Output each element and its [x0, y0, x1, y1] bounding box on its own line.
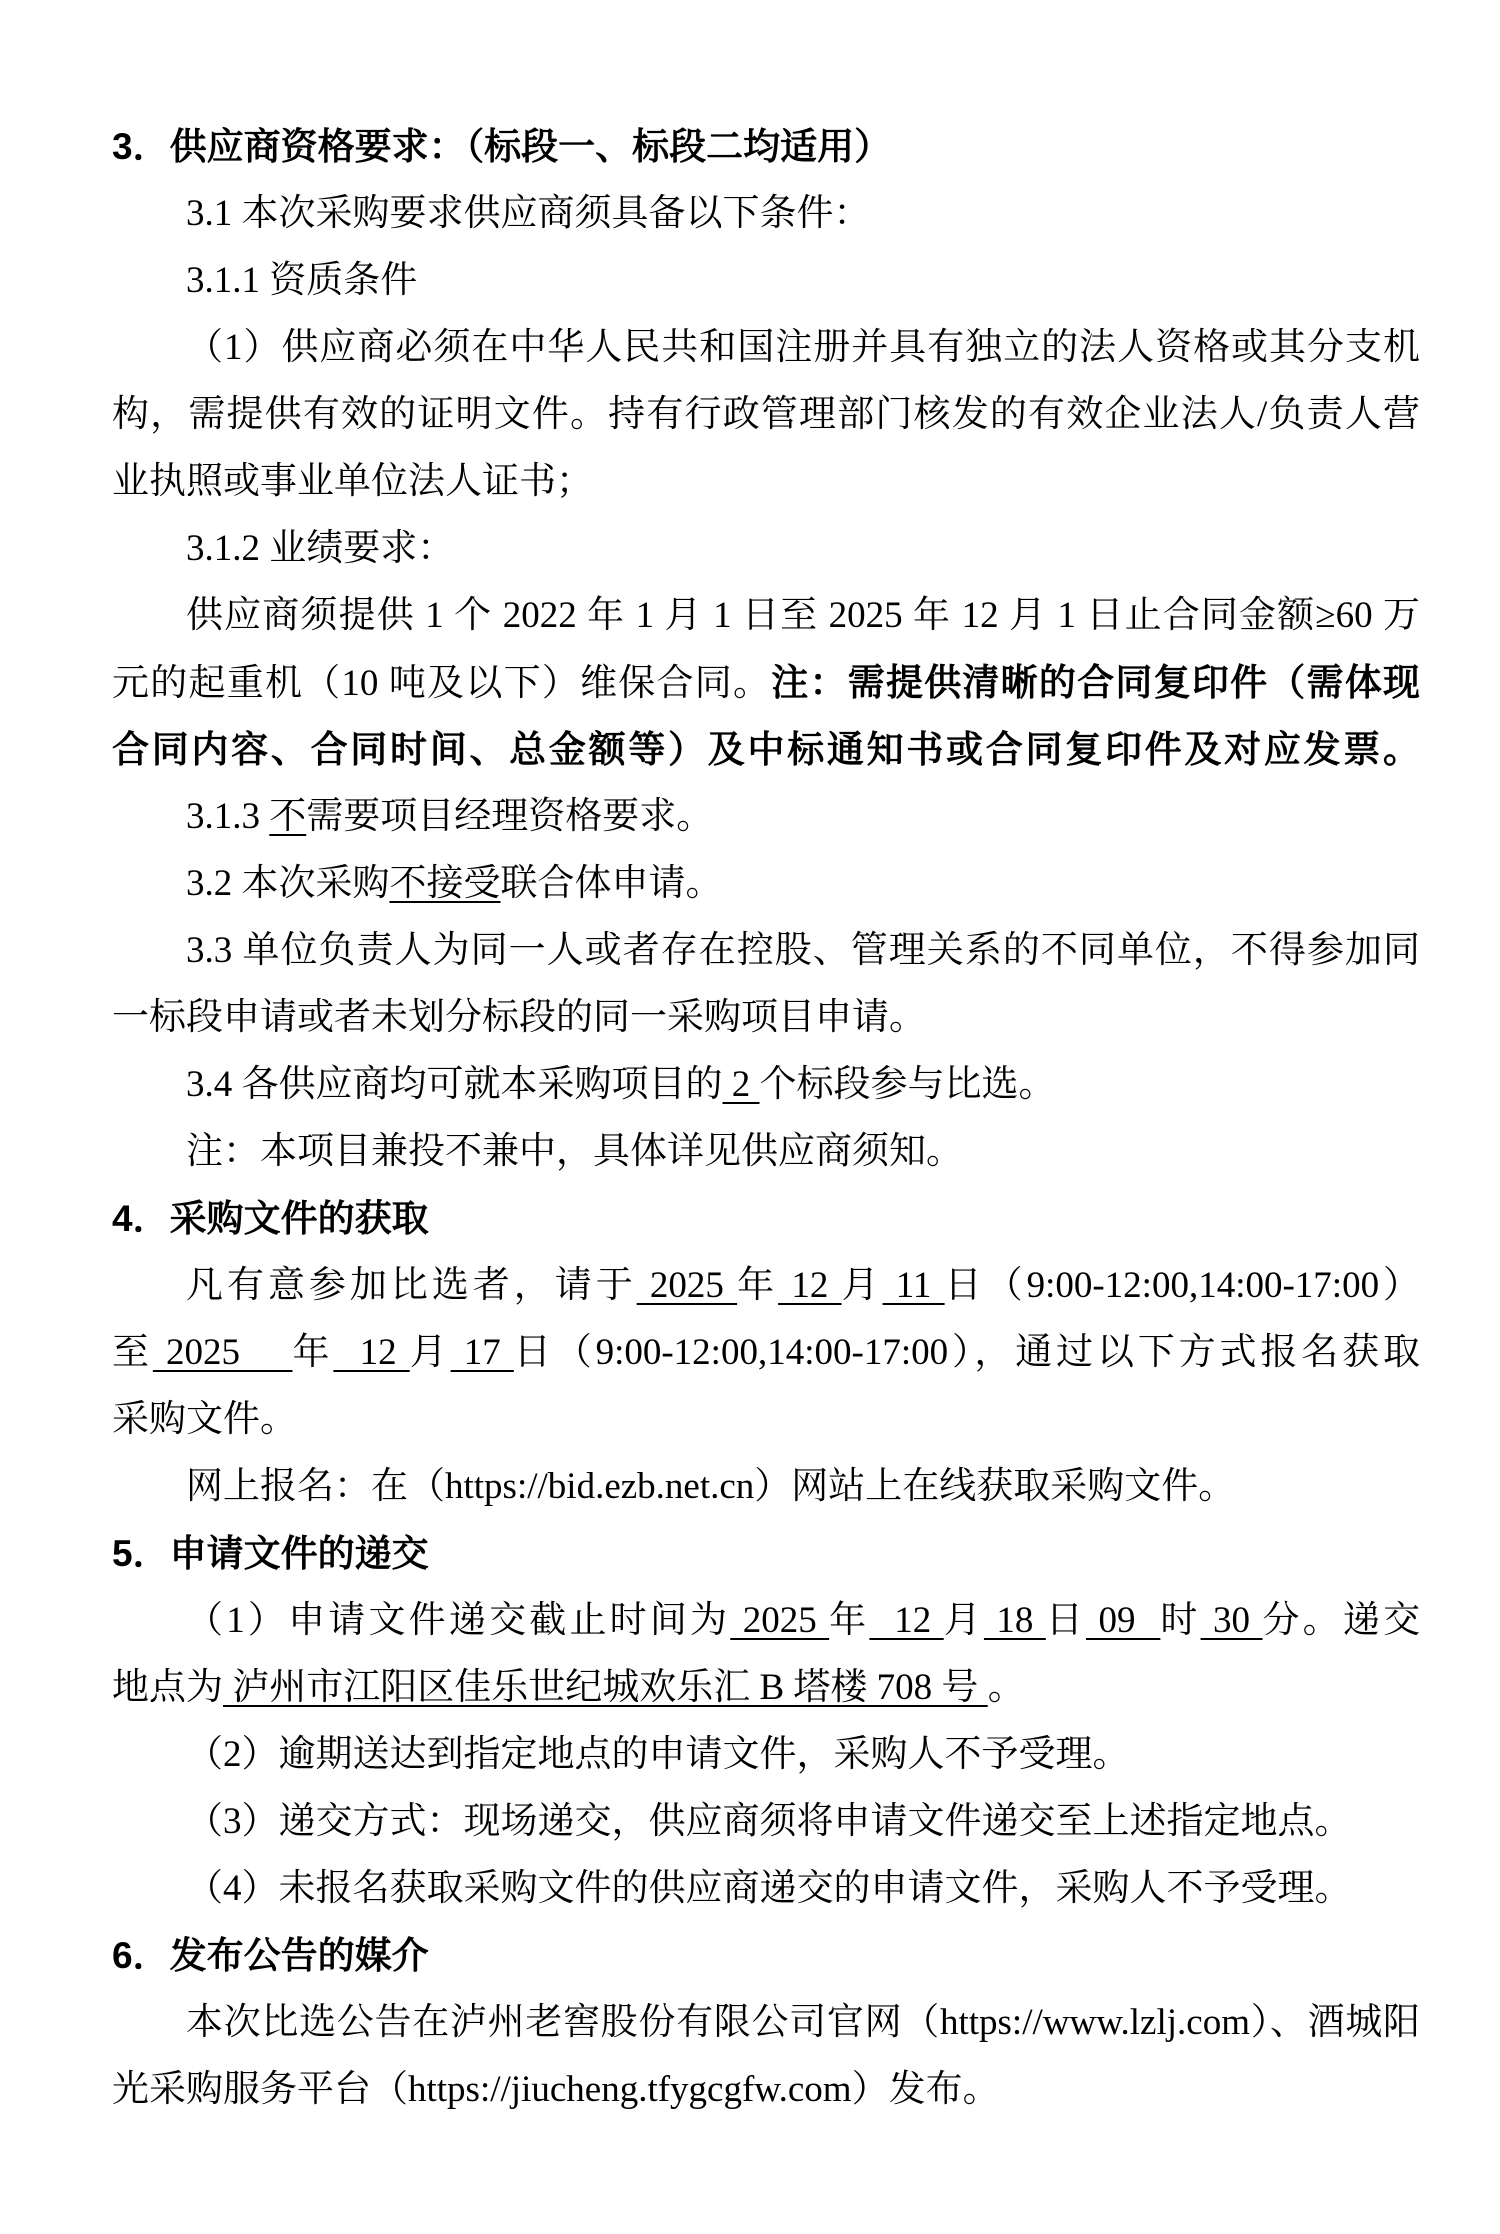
submission-deadline-line: （1）申请文件递交截止时间为 2025 年 12 月 18 日 09 时 30 … [112, 1587, 1420, 1654]
underlined-text: 2025 [153, 1332, 293, 1373]
underlined-text: 09 [1086, 1600, 1160, 1641]
clause-3-3-line-2: 一标段申请或者未划分标段的同一采购项目申请。 [112, 984, 1420, 1051]
heading-announcement-media: 6．发布公告的媒介 [112, 1922, 1420, 1989]
text-run: 日 [1046, 1600, 1086, 1641]
underlined-text: 17 [451, 1332, 514, 1373]
underlined-text: 不接受 [390, 863, 501, 904]
text-run: 4．采购文件的获取 [112, 1198, 429, 1239]
announcement-media-line-2: 光采购服务平台（https://jiucheng.tfygcgfw.com）发布… [112, 2056, 1420, 2123]
clause-3-1-1: 3.1.1 资质条件 [112, 247, 1420, 314]
submission-address-line: 地点为 泸州市江阳区佳乐世纪城欢乐汇 B 塔楼 708 号 。 [112, 1654, 1420, 1721]
note-line: 注：本项目兼投不兼中，具体详见供应商须知。 [112, 1118, 1420, 1185]
underlined-text: 12 [869, 1600, 943, 1641]
bold-text: 注：需提供清晰的合同复印件（需体现 [771, 662, 1420, 703]
clause-qualification-line-3: 业执照或事业单位法人证书； [112, 448, 1420, 515]
underlined-text: 11 [883, 1265, 945, 1306]
underlined-text: 2025 [637, 1265, 737, 1306]
text-run: 地点为 [112, 1667, 223, 1708]
underlined-text: 2 [723, 1064, 760, 1105]
clause-qualification-line-1: （1）供应商必须在中华人民共和国注册并具有独立的法人资格或其分支机 [112, 314, 1420, 381]
text-run: 月 [842, 1265, 883, 1306]
text-run: 需要项目经理资格要求。 [306, 796, 713, 837]
clause-3-1-2: 3.1.2 业绩要求： [112, 515, 1420, 582]
clause-qualification-line-2: 构，需提供有效的证明文件。持有行政管理部门核发的有效企业法人/负责人营 [112, 381, 1420, 448]
text-run: 一标段申请或者未划分标段的同一采购项目申请。 [112, 997, 926, 1038]
acquisition-period-line-1: 凡有意参加比选者，请于 2025 年 12 月 11 日（9:00-12:00,… [112, 1252, 1420, 1319]
text-run: 3.1.3 [186, 796, 269, 837]
text-run: 构，需提供有效的证明文件。持有行政管理部门核发的有效企业法人/负责人营 [112, 394, 1420, 435]
text-run: 联合体申请。 [501, 863, 723, 904]
text-run: 业执照或事业单位法人证书； [112, 461, 593, 502]
text-run: 网上报名：在（https://bid.ezb.net.cn）网站上在线获取采购文… [186, 1466, 1235, 1507]
underlined-text: 2025 [730, 1600, 829, 1641]
text-run: 5．申请文件的递交 [112, 1533, 429, 1574]
text-run: 年 [292, 1332, 333, 1373]
document-content: 3．供应商资格要求：（标段一、标段二均适用）3.1 本次采购要求供应商须具备以下… [112, 113, 1420, 2123]
text-run: （3）递交方式：现场递交，供应商须将申请文件递交至上述指定地点。 [186, 1801, 1352, 1842]
text-run: 时 [1160, 1600, 1200, 1641]
text-run: （1）供应商必须在中华人民共和国注册并具有独立的法人资格或其分支机 [186, 327, 1420, 368]
text-run: 日（9:00-12:00,14:00-17:00），通过以下方式报名获取 [514, 1332, 1420, 1373]
clause-3-4: 3.4 各供应商均可就本采购项目的 2 个标段参与比选。 [112, 1051, 1420, 1118]
text-run: 3.1.1 资质条件 [186, 260, 417, 301]
text-run: 3.3 单位负责人为同一人或者存在控股、管理关系的不同单位，不得参加同 [186, 930, 1420, 971]
text-run: （4）未报名获取采购文件的供应商递交的申请文件，采购人不予受理。 [186, 1868, 1352, 1909]
text-run: 本次比选公告在泸州老窖股份有限公司官网（https://www.lzlj.com… [186, 2002, 1420, 2043]
online-registration-line: 网上报名：在（https://bid.ezb.net.cn）网站上在线获取采购文… [112, 1453, 1420, 1520]
text-run: 6．发布公告的媒介 [112, 1935, 429, 1976]
text-run: 3.2 本次采购 [186, 863, 390, 904]
clause-3-3-line-1: 3.3 单位负责人为同一人或者存在控股、管理关系的不同单位，不得参加同 [112, 917, 1420, 984]
text-run: 。 [988, 1667, 1025, 1708]
underlined-text: 12 [778, 1265, 841, 1306]
heading-application-submission: 5．申请文件的递交 [112, 1520, 1420, 1587]
text-run: 注：本项目兼投不兼中，具体详见供应商须知。 [186, 1131, 963, 1172]
performance-requirement-line-3: 合同内容、合同时间、总金额等）及中标通知书或合同复印件及对应发票。 [112, 716, 1420, 783]
acquisition-period-line-2: 至 2025 年 12 月 17 日（9:00-12:00,14:00-17:0… [112, 1319, 1420, 1386]
clause-3-2: 3.2 本次采购不接受联合体申请。 [112, 850, 1420, 917]
text-run: 日（9:00-12:00,14:00-17:00） [945, 1265, 1420, 1306]
text-run: 年 [829, 1600, 869, 1641]
clause-3-1: 3.1 本次采购要求供应商须具备以下条件： [112, 180, 1420, 247]
underlined-text: 18 [984, 1600, 1046, 1641]
clause-3-1-3: 3.1.3 不需要项目经理资格要求。 [112, 783, 1420, 850]
underlined-text: 30 [1201, 1600, 1263, 1641]
text-run: 年 [737, 1265, 778, 1306]
underlined-text: 泸州市江阳区佳乐世纪城欢乐汇 B 塔楼 708 号 [223, 1667, 988, 1708]
text-run: 凡有意参加比选者，请于 [186, 1265, 637, 1306]
announcement-media-line-1: 本次比选公告在泸州老窖股份有限公司官网（https://www.lzlj.com… [112, 1989, 1420, 2056]
document-page: 3．供应商资格要求：（标段一、标段二均适用）3.1 本次采购要求供应商须具备以下… [0, 0, 1500, 2234]
text-run: 供应商须提供 1 个 2022 年 1 月 1 日至 2025 年 12 月 1… [186, 595, 1420, 636]
text-run: 3．供应商资格要求：（标段一、标段二均适用） [112, 126, 891, 167]
bold-text: 合同内容、合同时间、总金额等）及中标通知书或合同复印件及对应发票。 [112, 729, 1420, 770]
text-run: 采购文件。 [112, 1399, 297, 1440]
text-run: 月 [944, 1600, 984, 1641]
underlined-text: 不 [269, 796, 306, 837]
text-run: 元的起重机（10 吨及以下）维保合同。 [112, 663, 771, 704]
underlined-text: 12 [333, 1332, 409, 1373]
clause-unregistered: （4）未报名获取采购文件的供应商递交的申请文件，采购人不予受理。 [112, 1855, 1420, 1922]
text-run: 月 [410, 1332, 451, 1373]
text-run: 3.1 本次采购要求供应商须具备以下条件： [186, 193, 871, 234]
clause-submission-method: （3）递交方式：现场递交，供应商须将申请文件递交至上述指定地点。 [112, 1788, 1420, 1855]
text-run: 分。递交 [1262, 1600, 1420, 1641]
performance-requirement-line-1: 供应商须提供 1 个 2022 年 1 月 1 日至 2025 年 12 月 1… [112, 582, 1420, 649]
text-run: 至 [112, 1332, 153, 1373]
text-run: 3.1.2 业绩要求： [186, 528, 454, 569]
performance-requirement-line-2: 元的起重机（10 吨及以下）维保合同。注：需提供清晰的合同复印件（需体现 [112, 649, 1420, 716]
text-run: （2）逾期送达到指定地点的申请文件，采购人不予受理。 [186, 1734, 1130, 1775]
acquisition-period-line-3: 采购文件。 [112, 1386, 1420, 1453]
clause-overdue: （2）逾期送达到指定地点的申请文件，采购人不予受理。 [112, 1721, 1420, 1788]
text-run: 3.4 各供应商均可就本采购项目的 [186, 1064, 723, 1105]
text-run: 光采购服务平台（https://jiucheng.tfygcgfw.com）发布… [112, 2069, 1000, 2110]
heading-document-acquisition: 4．采购文件的获取 [112, 1185, 1420, 1252]
text-run: （1）申请文件递交截止时间为 [186, 1600, 730, 1641]
heading-supplier-qualifications: 3．供应商资格要求：（标段一、标段二均适用） [112, 113, 1420, 180]
text-run: 个标段参与比选。 [760, 1064, 1056, 1105]
